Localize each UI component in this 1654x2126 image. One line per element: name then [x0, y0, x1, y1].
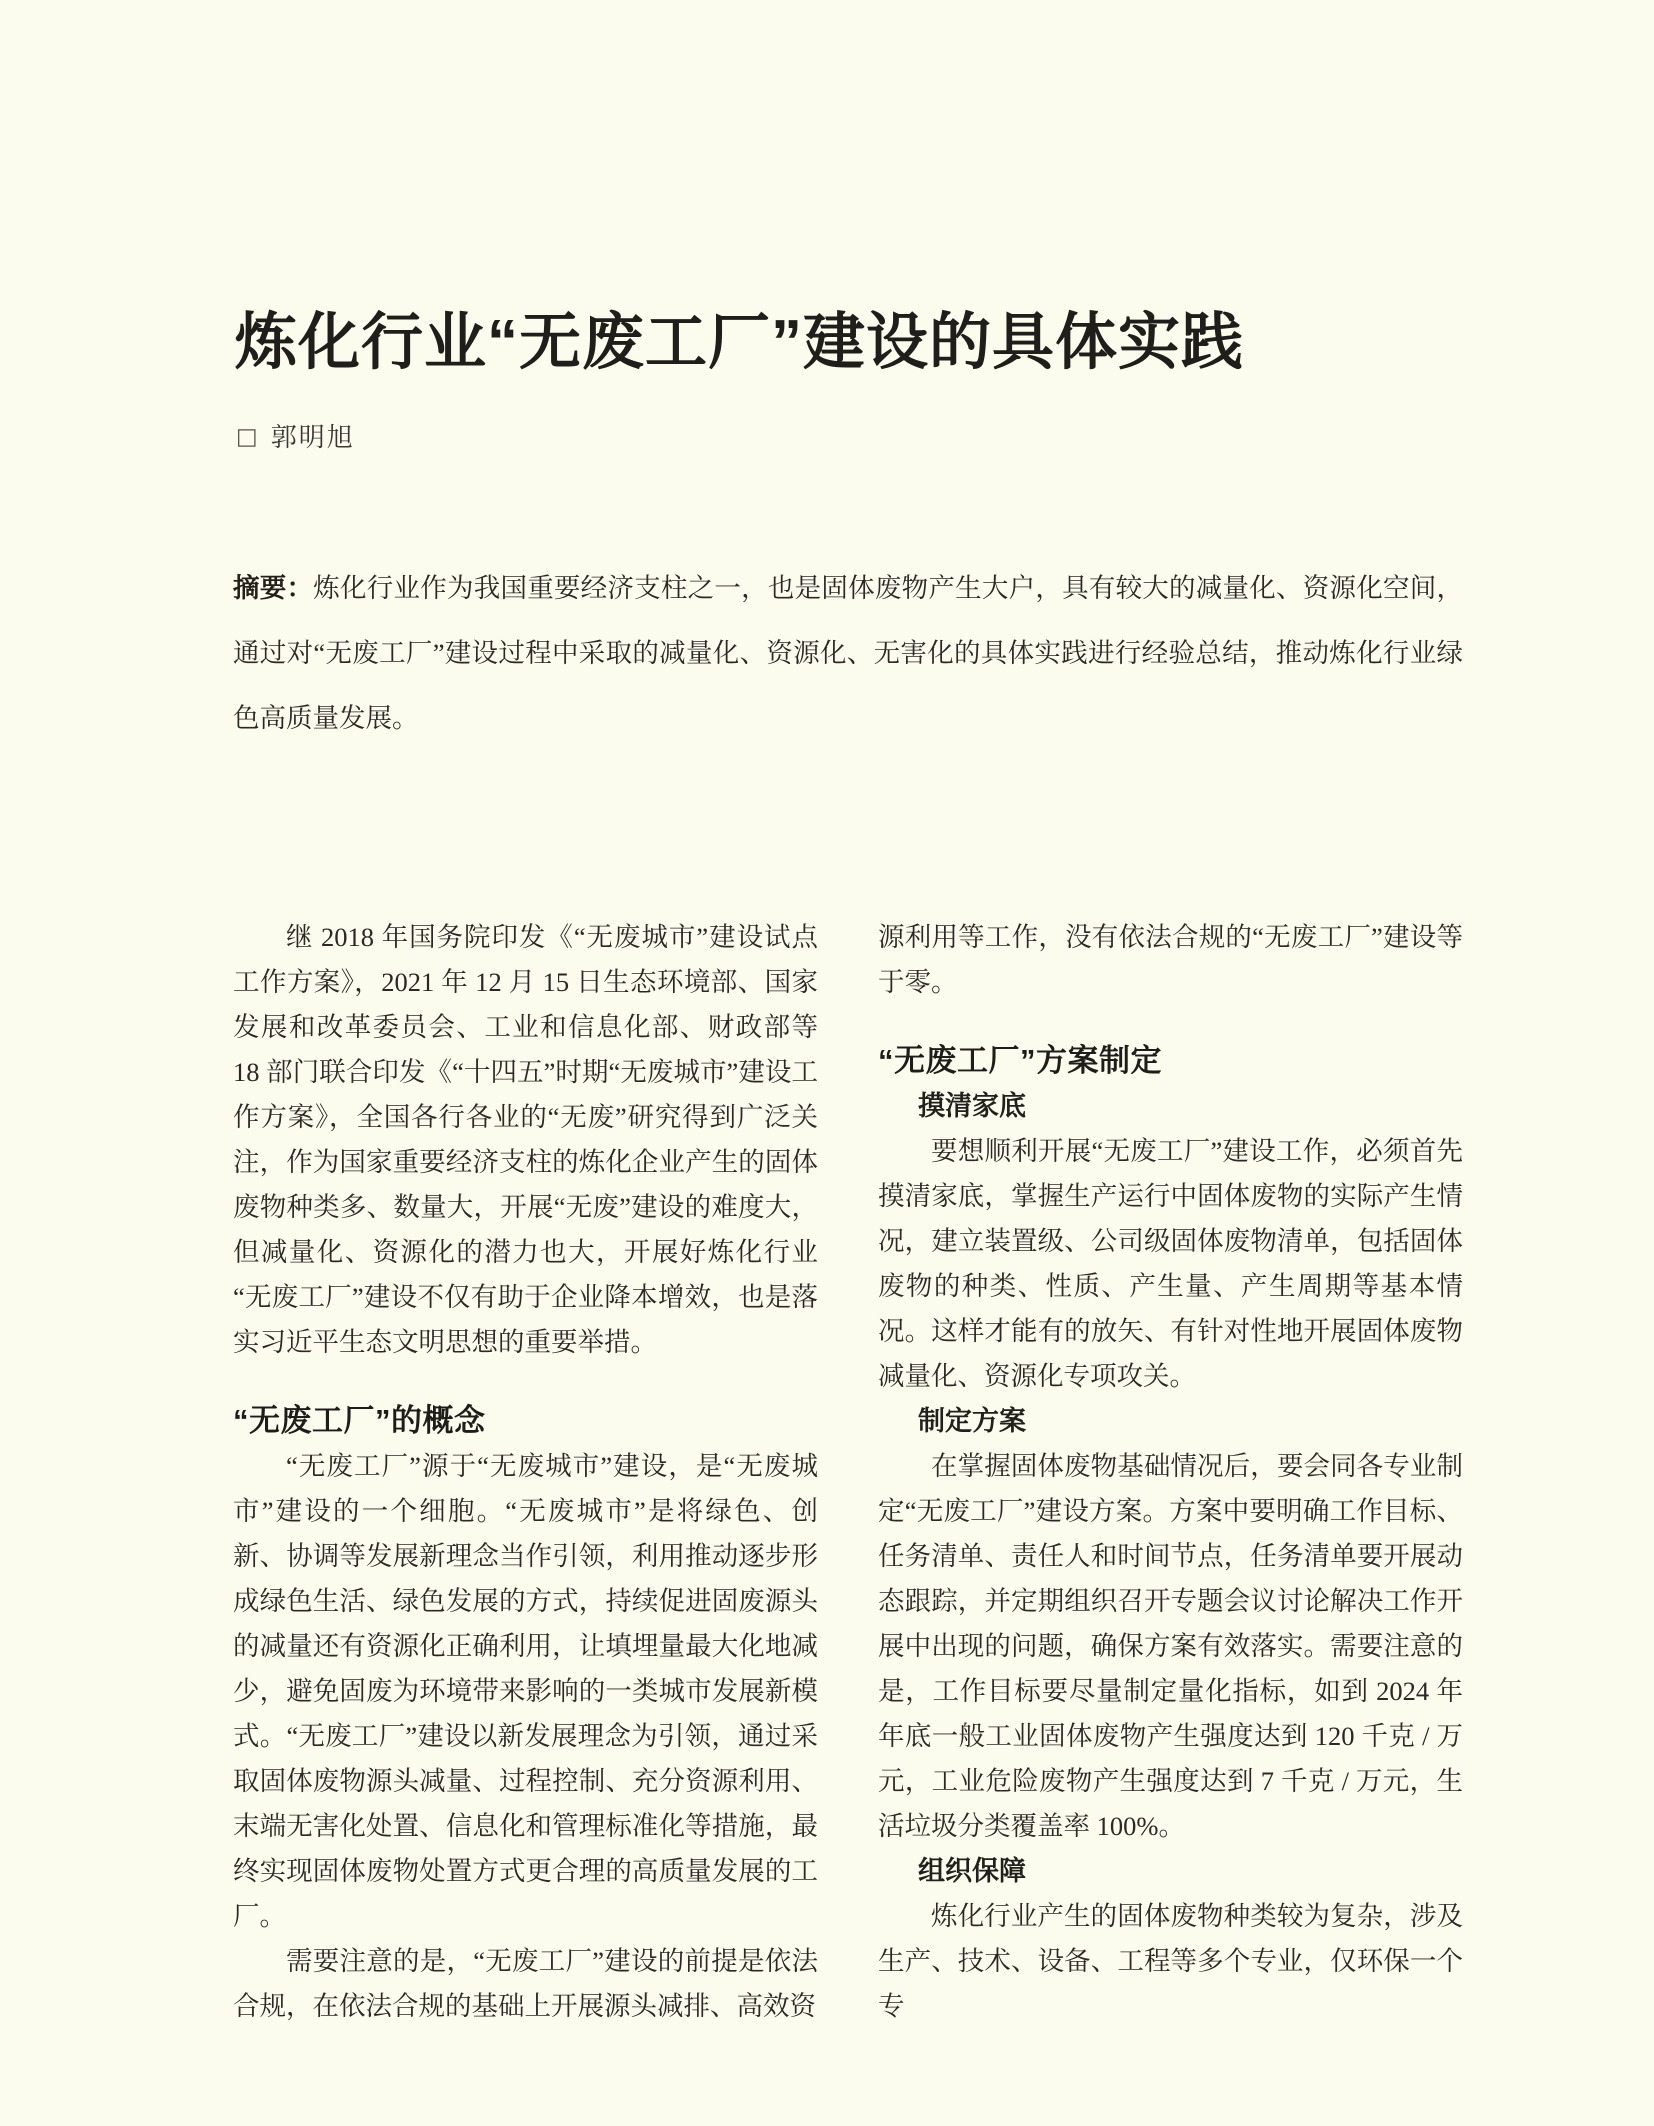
section-heading-plan: “无废工厂”方案制定: [878, 1037, 1463, 1084]
left-column: 继 2018 年国务院印发《“无废城市”建设试点工作方案》，2021 年 12 …: [233, 915, 818, 2029]
abstract-text: 炼化行业作为我国重要经济支柱之一，也是固体废物产生大户，具有较大的减量化、资源化…: [233, 573, 1463, 733]
paragraph-survey: 要想顺利开展“无废工厂”建设工作，必须首先摸清家底，掌握生产运行中固体废物的实际…: [878, 1129, 1463, 1399]
subsection-heading-organization: 组织保障: [878, 1849, 1463, 1894]
paragraph-organization: 炼化行业产生的固体废物种类较为复杂，涉及生产、技术、设备、工程等多个专业，仅环保…: [878, 1894, 1463, 2029]
author-square-marker-icon: □: [236, 426, 258, 449]
author-byline: □ 郭明旭: [236, 424, 355, 450]
paragraph-compliance-continued: 源利用等工作，没有依法合规的“无废工厂”建设等于零。: [878, 915, 1463, 1005]
subsection-heading-scheme: 制定方案: [878, 1399, 1463, 1444]
right-column: 源利用等工作，没有依法合规的“无废工厂”建设等于零。 “无废工厂”方案制定 摸清…: [878, 915, 1463, 2029]
paragraph-concept: “无废工厂”源于“无废城市”建设，是“无废城市”建设的一个细胞。“无废城市”是将…: [233, 1444, 818, 1939]
subsection-heading-survey: 摸清家底: [878, 1084, 1463, 1129]
article-page: 炼化行业“无废工厂”建设的具体实践 □ 郭明旭 摘要：炼化行业作为我国重要经济支…: [0, 0, 1654, 2126]
abstract-label: 摘要：: [233, 573, 313, 603]
article-body-columns: 继 2018 年国务院印发《“无废城市”建设试点工作方案》，2021 年 12 …: [233, 915, 1463, 2029]
abstract-block: 摘要：炼化行业作为我国重要经济支柱之一，也是固体废物产生大户，具有较大的减量化、…: [233, 556, 1463, 751]
article-title: 炼化行业“无废工厂”建设的具体实践: [235, 311, 1244, 375]
paragraph-compliance: 需要注意的是，“无废工厂”建设的前提是依法合规，在依法合规的基础上开展源头减排、…: [233, 1939, 818, 2029]
section-heading-concept: “无废工厂”的概念: [233, 1397, 818, 1444]
paragraph-intro: 继 2018 年国务院印发《“无废城市”建设试点工作方案》，2021 年 12 …: [233, 915, 818, 1365]
paragraph-scheme: 在掌握固体废物基础情况后，要会同各专业制定“无废工厂”建设方案。方案中要明确工作…: [878, 1444, 1463, 1849]
author-name: 郭明旭: [271, 424, 355, 450]
